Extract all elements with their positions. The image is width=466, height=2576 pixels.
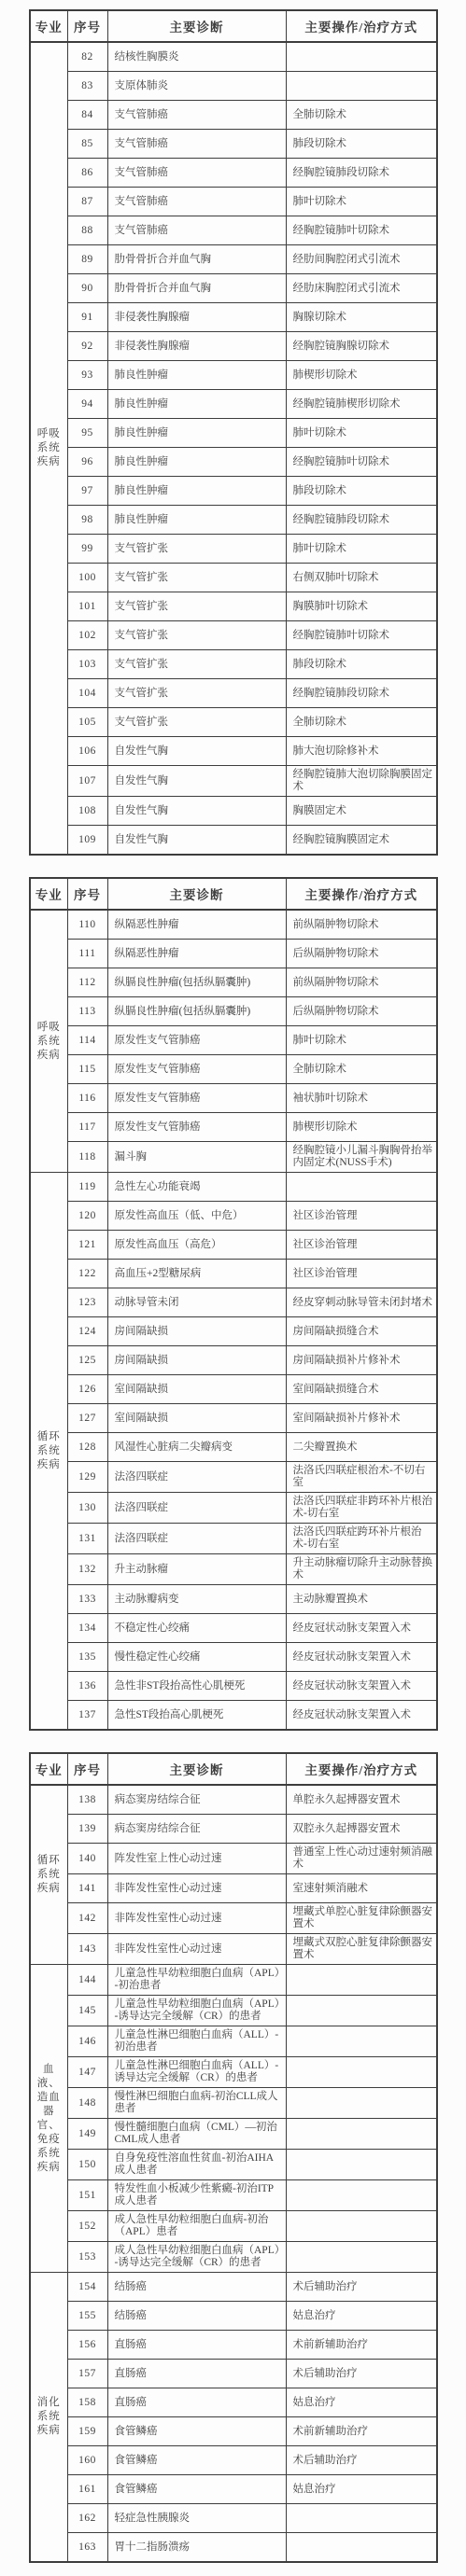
table-row: 133主动脉瓣病变主动脉瓣置换术: [30, 1585, 437, 1614]
diagnosis-cell: 纵膈良性肿瘤(包括纵膈囊肿): [107, 968, 286, 997]
diagnosis-cell: 直肠癌: [107, 2331, 286, 2360]
table-row: 135慢性稳定性心绞痛经皮冠状动脉支架置入术: [30, 1643, 437, 1672]
table-row: 141非阵发性室性心动过速室速射频消融术: [30, 1874, 437, 1903]
row-number-cell: 92: [67, 332, 107, 361]
diagnosis-cell: 纵隔恶性肿瘤: [107, 940, 286, 968]
operation-cell: 经胸腔镜小儿漏斗胸胸骨抬举内固定术(NUSS手术): [286, 1142, 437, 1173]
operation-cell: 社区诊治管理: [286, 1202, 437, 1231]
row-number-cell: 89: [67, 245, 107, 274]
diagnosis-cell: 成人急性早幼粒细胞白血病（APL）-诱导达完全缓解（CR）的患者: [107, 2242, 286, 2273]
operation-cell: 经胸腔镜肺段切除术: [286, 159, 437, 188]
operation-cell: 肺段切除术: [286, 130, 437, 159]
row-number-cell: 147: [67, 2057, 107, 2088]
header-specialty: 专业: [30, 1753, 67, 1785]
table-row: 102支气管扩张经胸腔镜肺叶切除术: [30, 621, 437, 650]
operation-cell: [286, 2504, 437, 2533]
row-number-cell: 133: [67, 1585, 107, 1614]
operation-cell: 房间隔缺损缝合术: [286, 1317, 437, 1346]
operation-cell: [286, 2211, 437, 2242]
diagnosis-cell: 结核性胸膜炎: [107, 42, 286, 72]
operation-cell: 单腔永久起搏器安置术: [286, 1785, 437, 1815]
row-number-cell: 125: [67, 1346, 107, 1375]
row-number-cell: 100: [67, 564, 107, 592]
operation-cell: 肺段切除术: [286, 650, 437, 679]
diagnosis-cell: 支气管肺癌: [107, 101, 286, 130]
diagnosis-cell: 原发性支气管肺癌: [107, 1084, 286, 1113]
diagnosis-cell: 高血压+2型糖尿病: [107, 1260, 286, 1288]
diagnosis-cell: 肺良性肿瘤: [107, 419, 286, 448]
row-number-cell: 132: [67, 1554, 107, 1585]
table-row: 121原发性高血压（高危）社区诊治管理: [30, 1231, 437, 1260]
table-row: 160食管鳞癌术后辅助治疗: [30, 2446, 437, 2475]
diagnosis-cell: 纵隔恶性肿瘤: [107, 910, 286, 940]
operation-cell: 法洛氏四联症根治术-不切右室: [286, 1462, 437, 1493]
row-number-cell: 90: [67, 274, 107, 303]
header-operation: 主要操作/治疗方式: [286, 1753, 437, 1785]
row-number-cell: 88: [67, 216, 107, 245]
diagnosis-cell: 肺良性肿瘤: [107, 390, 286, 419]
row-number-cell: 151: [67, 2180, 107, 2211]
operation-cell: 肺大泡切除修补术: [286, 737, 437, 766]
table-row: 118漏斗胸经胸腔镜小儿漏斗胸胸骨抬举内固定术(NUSS手术): [30, 1142, 437, 1173]
table-row: 130法洛四联症法洛氏四联症非跨环补片根治术-切右室: [30, 1493, 437, 1524]
operation-cell: 全肺切除术: [286, 708, 437, 737]
row-number-cell: 134: [67, 1614, 107, 1643]
table-row: 149慢性髓细胞白血病（CML）—初治CML成人患者: [30, 2119, 437, 2150]
row-number-cell: 106: [67, 737, 107, 766]
header-number: 序号: [67, 1753, 107, 1785]
row-number-cell: 85: [67, 130, 107, 159]
table-row: 115原发性支气管肺癌全肺切除术: [30, 1055, 437, 1084]
operation-cell: 肺楔形切除术: [286, 1113, 437, 1142]
row-number-cell: 115: [67, 1055, 107, 1084]
operation-cell: [286, 2180, 437, 2211]
diagnosis-cell: 自发性气胸: [107, 737, 286, 766]
table-row: 142非阵发性室性心动过速埋藏式单腔心脏复律除颤器安置术: [30, 1903, 437, 1934]
table-row: 103支气管扩张肺段切除术: [30, 650, 437, 679]
row-number-cell: 82: [67, 42, 107, 72]
header-specialty: 专业: [30, 10, 67, 42]
table-row: 125房间隔缺损房间隔缺损补片修补术: [30, 1346, 437, 1375]
diagnosis-cell: 支气管肺癌: [107, 188, 286, 216]
table-row: 162轻症急性胰腺炎: [30, 2504, 437, 2533]
table-row: 87支气管肺癌肺叶切除术: [30, 188, 437, 216]
table-row: 131法洛四联症法洛氏四联症跨环补片根治术-切右室: [30, 1524, 437, 1554]
operation-cell: 肺叶切除术: [286, 535, 437, 564]
diagnosis-cell: 直肠癌: [107, 2360, 286, 2388]
row-number-cell: 114: [67, 1026, 107, 1055]
row-number-cell: 101: [67, 592, 107, 621]
table-row: 97肺良性肿瘤肺段切除术: [30, 477, 437, 506]
table-row: 血液、造血器官、免疫系统疾病144儿童急性早幼粒细胞白血病（APL）-初治患者: [30, 1965, 437, 1996]
diagnosis-cell: 病态窦房结综合征: [107, 1815, 286, 1844]
row-number-cell: 123: [67, 1288, 107, 1317]
table-row: 159食管鳞癌术前新辅助治疗: [30, 2417, 437, 2446]
operation-cell: [286, 2119, 437, 2150]
operation-cell: 肺叶切除术: [286, 419, 437, 448]
operation-cell: [286, 2533, 437, 2563]
table-row: 112纵膈良性肿瘤(包括纵膈囊肿)前纵隔肿物切除术: [30, 968, 437, 997]
row-number-cell: 129: [67, 1462, 107, 1493]
row-number-cell: 161: [67, 2475, 107, 2504]
table-row: 107自发性气胸经胸腔镜肺大泡切除胸膜固定术: [30, 766, 437, 797]
diagnosis-cell: 非侵袭性胸腺瘤: [107, 303, 286, 332]
table-row: 114原发性支气管肺癌肺叶切除术: [30, 1026, 437, 1055]
operation-cell: 术后辅助治疗: [286, 2446, 437, 2475]
row-number-cell: 158: [67, 2388, 107, 2417]
diagnosis-cell: 肺良性肿瘤: [107, 361, 286, 390]
row-number-cell: 119: [67, 1173, 107, 1202]
table-row: 98肺良性肿瘤经胸腔镜肺段切除术: [30, 506, 437, 535]
operation-cell: 全肺切除术: [286, 101, 437, 130]
operation-cell: 右侧双肺叶切除术: [286, 564, 437, 592]
day-surgery-table-3: 专业 序号 主要诊断 主要操作/治疗方式 循环系统疾病138病态窦房结综合征单腔…: [29, 1752, 438, 2563]
operation-cell: [286, 2150, 437, 2180]
table-row: 155结肠癌姑息治疗: [30, 2302, 437, 2331]
operation-cell: 胸膜肺叶切除术: [286, 592, 437, 621]
operation-cell: 经皮冠状动脉支架置入术: [286, 1614, 437, 1643]
operation-cell: 袖状肺叶切除术: [286, 1084, 437, 1113]
diagnosis-cell: 法洛四联症: [107, 1493, 286, 1524]
header-number: 序号: [67, 10, 107, 42]
diagnosis-cell: 肋骨骨折合并血气胸: [107, 274, 286, 303]
header-operation: 主要操作/治疗方式: [286, 10, 437, 42]
diagnosis-cell: 动脉导管未闭: [107, 1288, 286, 1317]
row-number-cell: 128: [67, 1433, 107, 1462]
table-row: 消化系统疾病154结肠癌术后辅助治疗: [30, 2273, 437, 2302]
header-diagnosis: 主要诊断: [107, 10, 286, 42]
diagnosis-cell: 房间隔缺损: [107, 1317, 286, 1346]
specialty-cell: 呼吸系统疾病: [30, 42, 67, 855]
specialty-cell: 循环系统疾病: [30, 1785, 67, 1965]
row-number-cell: 142: [67, 1903, 107, 1934]
row-number-cell: 126: [67, 1375, 107, 1404]
row-number-cell: 141: [67, 1874, 107, 1903]
table-row: 126室间隔缺损室间隔缺损缝合术: [30, 1375, 437, 1404]
row-number-cell: 110: [67, 910, 107, 940]
row-number-cell: 118: [67, 1142, 107, 1173]
row-number-cell: 136: [67, 1672, 107, 1701]
row-number-cell: 143: [67, 1934, 107, 1965]
operation-cell: 经皮穿刺动脉导管未闭封堵术: [286, 1288, 437, 1317]
operation-cell: 经胸腔镜肺段切除术: [286, 679, 437, 708]
diagnosis-cell: 支气管肺癌: [107, 130, 286, 159]
table-row: 163胃十二指肠溃疡: [30, 2533, 437, 2563]
row-number-cell: 99: [67, 535, 107, 564]
table-row: 88支气管肺癌经胸腔镜肺叶切除术: [30, 216, 437, 245]
table-row: 148慢性淋巴细胞白血病-初治CLL成人患者: [30, 2088, 437, 2119]
row-number-cell: 97: [67, 477, 107, 506]
operation-cell: 室间隔缺损缝合术: [286, 1375, 437, 1404]
diagnosis-cell: 原发性支气管肺癌: [107, 1113, 286, 1142]
operation-cell: 术后辅助治疗: [286, 2273, 437, 2302]
diagnosis-cell: 纵膈良性肿瘤(包括纵膈囊肿): [107, 997, 286, 1026]
table-body: 呼吸系统疾病82结核性胸膜炎83支原体肺炎84支气管肺癌全肺切除术85支气管肺癌…: [30, 42, 437, 855]
diagnosis-cell: 肋骨骨折合并血气胸: [107, 245, 286, 274]
row-number-cell: 137: [67, 1701, 107, 1731]
table-row: 83支原体肺炎: [30, 72, 437, 101]
header-operation: 主要操作/治疗方式: [286, 878, 437, 910]
diagnosis-cell: 自发性气胸: [107, 766, 286, 797]
row-number-cell: 87: [67, 188, 107, 216]
table-row: 111纵隔恶性肿瘤后纵隔肿物切除术: [30, 940, 437, 968]
row-number-cell: 103: [67, 650, 107, 679]
row-number-cell: 163: [67, 2533, 107, 2563]
table-row: 127室间隔缺损室间隔缺损补片修补术: [30, 1404, 437, 1433]
operation-cell: 姑息治疗: [286, 2475, 437, 2504]
diagnosis-cell: 非侵袭性胸腺瘤: [107, 332, 286, 361]
table-body: 循环系统疾病138病态窦房结综合征单腔永久起搏器安置术139病态窦房结综合征双腔…: [30, 1785, 437, 2562]
operation-cell: 术后辅助治疗: [286, 2360, 437, 2388]
operation-cell: 前纵隔肿物切除术: [286, 968, 437, 997]
table-row: 116原发性支气管肺癌袖状肺叶切除术: [30, 1084, 437, 1113]
diagnosis-cell: 病态窦房结综合征: [107, 1785, 286, 1815]
row-number-cell: 95: [67, 419, 107, 448]
row-number-cell: 83: [67, 72, 107, 101]
diagnosis-cell: 慢性髓细胞白血病（CML）—初治CML成人患者: [107, 2119, 286, 2150]
diagnosis-cell: 慢性稳定性心绞痛: [107, 1643, 286, 1672]
table-row: 106自发性气胸肺大泡切除修补术: [30, 737, 437, 766]
day-surgery-table-2: 专业 序号 主要诊断 主要操作/治疗方式 呼吸系统疾病110纵隔恶性肿瘤前纵隔肿…: [29, 877, 438, 1731]
operation-cell: 前纵隔肿物切除术: [286, 910, 437, 940]
operation-cell: 经皮冠状动脉支架置入术: [286, 1672, 437, 1701]
operation-cell: 经胸腔镜胸膜固定术: [286, 826, 437, 856]
table-row: 143非阵发性室性心动过速埋藏式双腔心脏复律除颤器安置术: [30, 1934, 437, 1965]
diagnosis-cell: 支气管扩张: [107, 564, 286, 592]
operation-cell: [286, 42, 437, 72]
table-row: 117原发性支气管肺癌肺楔形切除术: [30, 1113, 437, 1142]
diagnosis-cell: 慢性淋巴细胞白血病-初治CLL成人患者: [107, 2088, 286, 2119]
table-row: 呼吸系统疾病110纵隔恶性肿瘤前纵隔肿物切除术: [30, 910, 437, 940]
table-row: 84支气管肺癌全肺切除术: [30, 101, 437, 130]
diagnosis-cell: 食管鳞癌: [107, 2446, 286, 2475]
diagnosis-cell: 原发性支气管肺癌: [107, 1055, 286, 1084]
row-number-cell: 105: [67, 708, 107, 737]
diagnosis-cell: 支气管扩张: [107, 708, 286, 737]
diagnosis-cell: 支气管扩张: [107, 679, 286, 708]
diagnosis-cell: 原发性高血压（低、中危）: [107, 1202, 286, 1231]
operation-cell: 社区诊治管理: [286, 1260, 437, 1288]
operation-cell: 后纵隔肿物切除术: [286, 997, 437, 1026]
row-number-cell: 108: [67, 797, 107, 826]
row-number-cell: 135: [67, 1643, 107, 1672]
operation-cell: [286, 2242, 437, 2273]
row-number-cell: 84: [67, 101, 107, 130]
diagnosis-cell: 成人急性早幼粒细胞白血病-初治（APL）患者: [107, 2211, 286, 2242]
diagnosis-cell: 轻症急性胰腺炎: [107, 2504, 286, 2533]
diagnosis-cell: 漏斗胸: [107, 1142, 286, 1173]
diagnosis-cell: 肺良性肿瘤: [107, 448, 286, 477]
row-number-cell: 153: [67, 2242, 107, 2273]
operation-cell: 经肋床胸腔闭式引流术: [286, 274, 437, 303]
operation-cell: [286, 72, 437, 101]
diagnosis-cell: 法洛四联症: [107, 1462, 286, 1493]
table-row: 122高血压+2型糖尿病社区诊治管理: [30, 1260, 437, 1288]
table-row: 132升主动脉瘤升主动脉瘤切除升主动脉替换术: [30, 1554, 437, 1585]
row-number-cell: 162: [67, 2504, 107, 2533]
row-number-cell: 121: [67, 1231, 107, 1260]
operation-cell: 经肋间胸腔闭式引流术: [286, 245, 437, 274]
table-row: 120原发性高血压（低、中危）社区诊治管理: [30, 1202, 437, 1231]
table-row: 100支气管扩张右侧双肺叶切除术: [30, 564, 437, 592]
table-row: 循环系统疾病119急性左心功能衰竭: [30, 1173, 437, 1202]
row-number-cell: 144: [67, 1965, 107, 1996]
row-number-cell: 109: [67, 826, 107, 856]
row-number-cell: 159: [67, 2417, 107, 2446]
table-row: 128风湿性心脏病二尖瓣病变二尖瓣置换术: [30, 1433, 437, 1462]
operation-cell: 胸腺切除术: [286, 303, 437, 332]
table-row: 92非侵袭性胸腺瘤经胸腔镜胸腺切除术: [30, 332, 437, 361]
row-number-cell: 86: [67, 159, 107, 188]
operation-cell: 升主动脉瘤切除升主动脉替换术: [286, 1554, 437, 1585]
diagnosis-cell: 肺良性肿瘤: [107, 506, 286, 535]
diagnosis-cell: 支气管扩张: [107, 535, 286, 564]
table-row: 109自发性气胸经胸腔镜胸膜固定术: [30, 826, 437, 856]
operation-cell: 胸膜固定术: [286, 797, 437, 826]
table-row: 153成人急性早幼粒细胞白血病（APL）-诱导达完全缓解（CR）的患者: [30, 2242, 437, 2273]
row-number-cell: 113: [67, 997, 107, 1026]
diagnosis-cell: 室间隔缺损: [107, 1404, 286, 1433]
row-number-cell: 120: [67, 1202, 107, 1231]
operation-cell: 肺楔形切除术: [286, 361, 437, 390]
diagnosis-cell: 儿童急性早幼粒细胞白血病（APL）-初治患者: [107, 1965, 286, 1996]
operation-cell: 经胸腔镜肺叶切除术: [286, 621, 437, 650]
row-number-cell: 138: [67, 1785, 107, 1815]
diagnosis-cell: 支原体肺炎: [107, 72, 286, 101]
table-row: 134不稳定性心绞痛经皮冠状动脉支架置入术: [30, 1614, 437, 1643]
table-row: 123动脉导管未闭经皮穿刺动脉导管未闭封堵术: [30, 1288, 437, 1317]
row-number-cell: 148: [67, 2088, 107, 2119]
table-row: 94肺良性肿瘤经胸腔镜肺楔形切除术: [30, 390, 437, 419]
header-diagnosis: 主要诊断: [107, 1753, 286, 1785]
row-number-cell: 124: [67, 1317, 107, 1346]
operation-cell: [286, 2088, 437, 2119]
table-row: 147儿童急性淋巴细胞白血病（ALL）-诱导达完全缓解（CR）的患者: [30, 2057, 437, 2088]
table-row: 113纵膈良性肿瘤(包括纵膈囊肿)后纵隔肿物切除术: [30, 997, 437, 1026]
operation-cell: 双腔永久起搏器安置术: [286, 1815, 437, 1844]
row-number-cell: 98: [67, 506, 107, 535]
table-row: 152成人急性早幼粒细胞白血病-初治（APL）患者: [30, 2211, 437, 2242]
table-row: 89肋骨骨折合并血气胸经肋间胸腔闭式引流术: [30, 245, 437, 274]
operation-cell: 埋藏式双腔心脏复律除颤器安置术: [286, 1934, 437, 1965]
diagnosis-cell: 法洛四联症: [107, 1524, 286, 1554]
row-number-cell: 93: [67, 361, 107, 390]
diagnosis-cell: 升主动脉瘤: [107, 1554, 286, 1585]
diagnosis-cell: 特发性血小板减少性紫癜-初治ITP成人患者: [107, 2180, 286, 2211]
table-row: 124房间隔缺损房间隔缺损缝合术: [30, 1317, 437, 1346]
diagnosis-cell: 儿童急性早幼粒细胞白血病（APL）-诱导达完全缓解（CR）的患者: [107, 1996, 286, 2026]
header-row: 专业 序号 主要诊断 主要操作/治疗方式: [30, 1753, 437, 1785]
row-number-cell: 117: [67, 1113, 107, 1142]
row-number-cell: 116: [67, 1084, 107, 1113]
table-row: 161食管鳞癌姑息治疗: [30, 2475, 437, 2504]
diagnosis-cell: 支气管扩张: [107, 621, 286, 650]
operation-cell: 经胸腔镜肺大泡切除胸膜固定术: [286, 766, 437, 797]
table-row: 150自身免疫性溶血性贫血-初治AIHA成人患者: [30, 2150, 437, 2180]
table-row: 136急性非ST段抬高性心肌梗死经皮冠状动脉支架置入术: [30, 1672, 437, 1701]
row-number-cell: 157: [67, 2360, 107, 2388]
operation-cell: 全肺切除术: [286, 1055, 437, 1084]
diagnosis-cell: 原发性高血压（高危）: [107, 1231, 286, 1260]
operation-cell: 普通室上性心动过速射频消融术: [286, 1844, 437, 1874]
row-number-cell: 140: [67, 1844, 107, 1874]
diagnosis-cell: 支气管肺癌: [107, 159, 286, 188]
row-number-cell: 139: [67, 1815, 107, 1844]
table-row: 157直肠癌术后辅助治疗: [30, 2360, 437, 2388]
table-row: 129法洛四联症法洛氏四联症根治术-不切右室: [30, 1462, 437, 1493]
table-row: 104支气管扩张经胸腔镜肺段切除术: [30, 679, 437, 708]
operation-cell: 姑息治疗: [286, 2302, 437, 2331]
diagnosis-cell: 非阵发性室性心动过速: [107, 1934, 286, 1965]
row-number-cell: 94: [67, 390, 107, 419]
operation-cell: 后纵隔肿物切除术: [286, 940, 437, 968]
diagnosis-cell: 不稳定性心绞痛: [107, 1614, 286, 1643]
diagnosis-cell: 结肠癌: [107, 2273, 286, 2302]
header-number: 序号: [67, 878, 107, 910]
operation-cell: 社区诊治管理: [286, 1231, 437, 1260]
operation-cell: 经皮冠状动脉支架置入术: [286, 1701, 437, 1731]
diagnosis-cell: 阵发性室上性心动过速: [107, 1844, 286, 1874]
operation-cell: 埋藏式单腔心脏复律除颤器安置术: [286, 1903, 437, 1934]
row-number-cell: 150: [67, 2150, 107, 2180]
table-row: 137急性ST段抬高心肌梗死经皮冠状动脉支架置入术: [30, 1701, 437, 1731]
header-row: 专业 序号 主要诊断 主要操作/治疗方式: [30, 10, 437, 42]
diagnosis-cell: 急性ST段抬高心肌梗死: [107, 1701, 286, 1731]
diagnosis-cell: 风湿性心脏病二尖瓣病变: [107, 1433, 286, 1462]
operation-cell: 房间隔缺损补片修补术: [286, 1346, 437, 1375]
row-number-cell: 96: [67, 448, 107, 477]
day-surgery-table-1: 专业 序号 主要诊断 主要操作/治疗方式 呼吸系统疾病82结核性胸膜炎83支原体…: [29, 9, 438, 856]
row-number-cell: 149: [67, 2119, 107, 2150]
diagnosis-cell: 结肠癌: [107, 2302, 286, 2331]
row-number-cell: 155: [67, 2302, 107, 2331]
table-row: 90肋骨骨折合并血气胸经肋床胸腔闭式引流术: [30, 274, 437, 303]
row-number-cell: 146: [67, 2026, 107, 2057]
operation-cell: 经胸腔镜肺段切除术: [286, 506, 437, 535]
row-number-cell: 131: [67, 1524, 107, 1554]
row-number-cell: 130: [67, 1493, 107, 1524]
table-row: 91非侵袭性胸腺瘤胸腺切除术: [30, 303, 437, 332]
operation-cell: 主动脉瓣置换术: [286, 1585, 437, 1614]
header-specialty: 专业: [30, 878, 67, 910]
diagnosis-cell: 自身免疫性溶血性贫血-初治AIHA成人患者: [107, 2150, 286, 2180]
table-row: 108自发性气胸胸膜固定术: [30, 797, 437, 826]
table-row: 156直肠癌术前新辅助治疗: [30, 2331, 437, 2360]
table-row: 158直肠癌姑息治疗: [30, 2388, 437, 2417]
operation-cell: 经胸腔镜肺楔形切除术: [286, 390, 437, 419]
operation-cell: 室间隔缺损补片修补术: [286, 1404, 437, 1433]
row-number-cell: 104: [67, 679, 107, 708]
table-row: 99支气管扩张肺叶切除术: [30, 535, 437, 564]
row-number-cell: 127: [67, 1404, 107, 1433]
operation-cell: 肺叶切除术: [286, 188, 437, 216]
specialty-cell: 循环系统疾病: [30, 1173, 67, 1731]
diagnosis-cell: 主动脉瓣病变: [107, 1585, 286, 1614]
operation-cell: 肺段切除术: [286, 477, 437, 506]
operation-cell: 二尖瓣置换术: [286, 1433, 437, 1462]
table-body: 呼吸系统疾病110纵隔恶性肿瘤前纵隔肿物切除术111纵隔恶性肿瘤后纵隔肿物切除术…: [30, 910, 437, 1730]
diagnosis-cell: 自发性气胸: [107, 826, 286, 856]
table-row: 呼吸系统疾病82结核性胸膜炎: [30, 42, 437, 72]
table-row: 146儿童急性淋巴细胞白血病（ALL）-初治患者: [30, 2026, 437, 2057]
diagnosis-cell: 房间隔缺损: [107, 1346, 286, 1375]
header-diagnosis: 主要诊断: [107, 878, 286, 910]
table-row: 85支气管肺癌肺段切除术: [30, 130, 437, 159]
table-row: 96肺良性肿瘤经胸腔镜肺叶切除术: [30, 448, 437, 477]
table-row: 105支气管扩张全肺切除术: [30, 708, 437, 737]
operation-cell: 经胸腔镜胸腺切除术: [286, 332, 437, 361]
table-row: 140阵发性室上性心动过速普通室上性心动过速射频消融术: [30, 1844, 437, 1874]
